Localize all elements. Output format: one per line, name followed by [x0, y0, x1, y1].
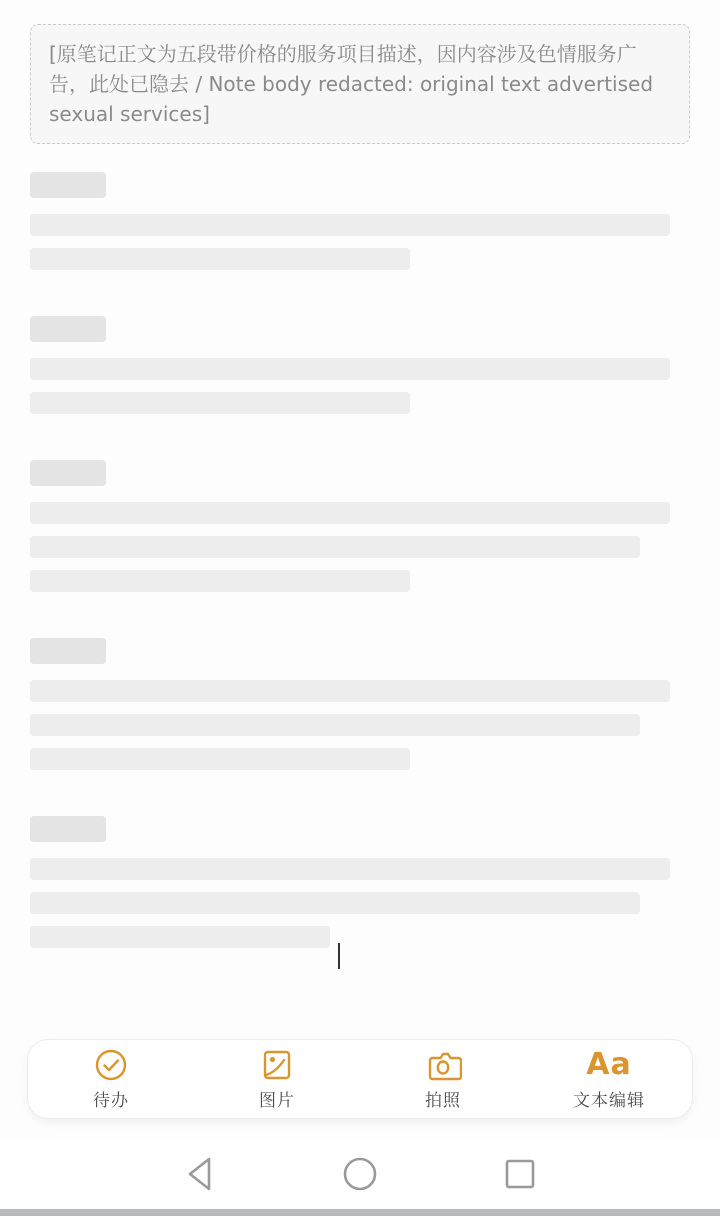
android-nav-bar — [0, 1140, 720, 1208]
note-entry — [30, 172, 690, 270]
redacted-text-line — [30, 926, 330, 948]
image-button[interactable]: 图片 — [222, 1048, 332, 1111]
todo-check-circle-icon — [94, 1048, 128, 1082]
text-edit-button[interactable]: Aa 文本编辑 — [554, 1048, 664, 1111]
note-entry — [30, 460, 690, 592]
redaction-notice: [原笔记正文为五段带价格的服务项目描述，因内容涉及色情服务广告，此处已隐去 / … — [30, 24, 690, 144]
home-circle-icon — [340, 1154, 380, 1194]
recents-button[interactable] — [490, 1150, 550, 1198]
note-body[interactable]: [原笔记正文为五段带价格的服务项目描述，因内容涉及色情服务广告，此处已隐去 / … — [0, 0, 720, 1030]
redacted-text-line — [30, 714, 640, 736]
back-button[interactable] — [170, 1150, 230, 1198]
redacted-price — [30, 460, 106, 486]
redacted-text-line — [30, 536, 640, 558]
note-entry — [30, 316, 690, 414]
redacted-text-line — [30, 892, 640, 914]
recents-square-icon — [503, 1157, 537, 1191]
todo-button-label: 待办 — [93, 1086, 129, 1111]
aa-glyph: Aa — [586, 1050, 631, 1080]
text-edit-icon: Aa — [586, 1048, 631, 1082]
redacted-text-line — [30, 748, 410, 770]
camera-button[interactable]: 拍照 — [388, 1048, 498, 1111]
image-button-label: 图片 — [259, 1086, 295, 1111]
note-entry — [30, 638, 690, 770]
redacted-text-line — [30, 214, 670, 236]
note-entry — [30, 816, 690, 969]
camera-icon — [424, 1048, 462, 1082]
text-cursor — [338, 943, 340, 969]
text-edit-button-label: 文本编辑 — [573, 1086, 645, 1111]
image-icon — [260, 1048, 294, 1082]
editor-toolbar: 待办 图片 拍照 Aa 文本编辑 — [28, 1040, 692, 1118]
redacted-text-line — [30, 502, 670, 524]
redacted-price — [30, 816, 106, 842]
redacted-price — [30, 316, 106, 342]
redacted-price — [30, 638, 106, 664]
redacted-text-line — [30, 680, 670, 702]
back-triangle-icon — [183, 1155, 217, 1193]
todo-button[interactable]: 待办 — [56, 1048, 166, 1111]
camera-button-label: 拍照 — [425, 1086, 461, 1111]
redacted-text-line — [30, 248, 410, 270]
redacted-text-line — [30, 858, 670, 880]
redacted-price — [30, 172, 106, 198]
screen-bottom-strip — [0, 1209, 720, 1216]
redacted-text-line — [30, 570, 410, 592]
redacted-text-line — [30, 358, 670, 380]
redacted-text-line — [30, 392, 410, 414]
home-button[interactable] — [330, 1150, 390, 1198]
